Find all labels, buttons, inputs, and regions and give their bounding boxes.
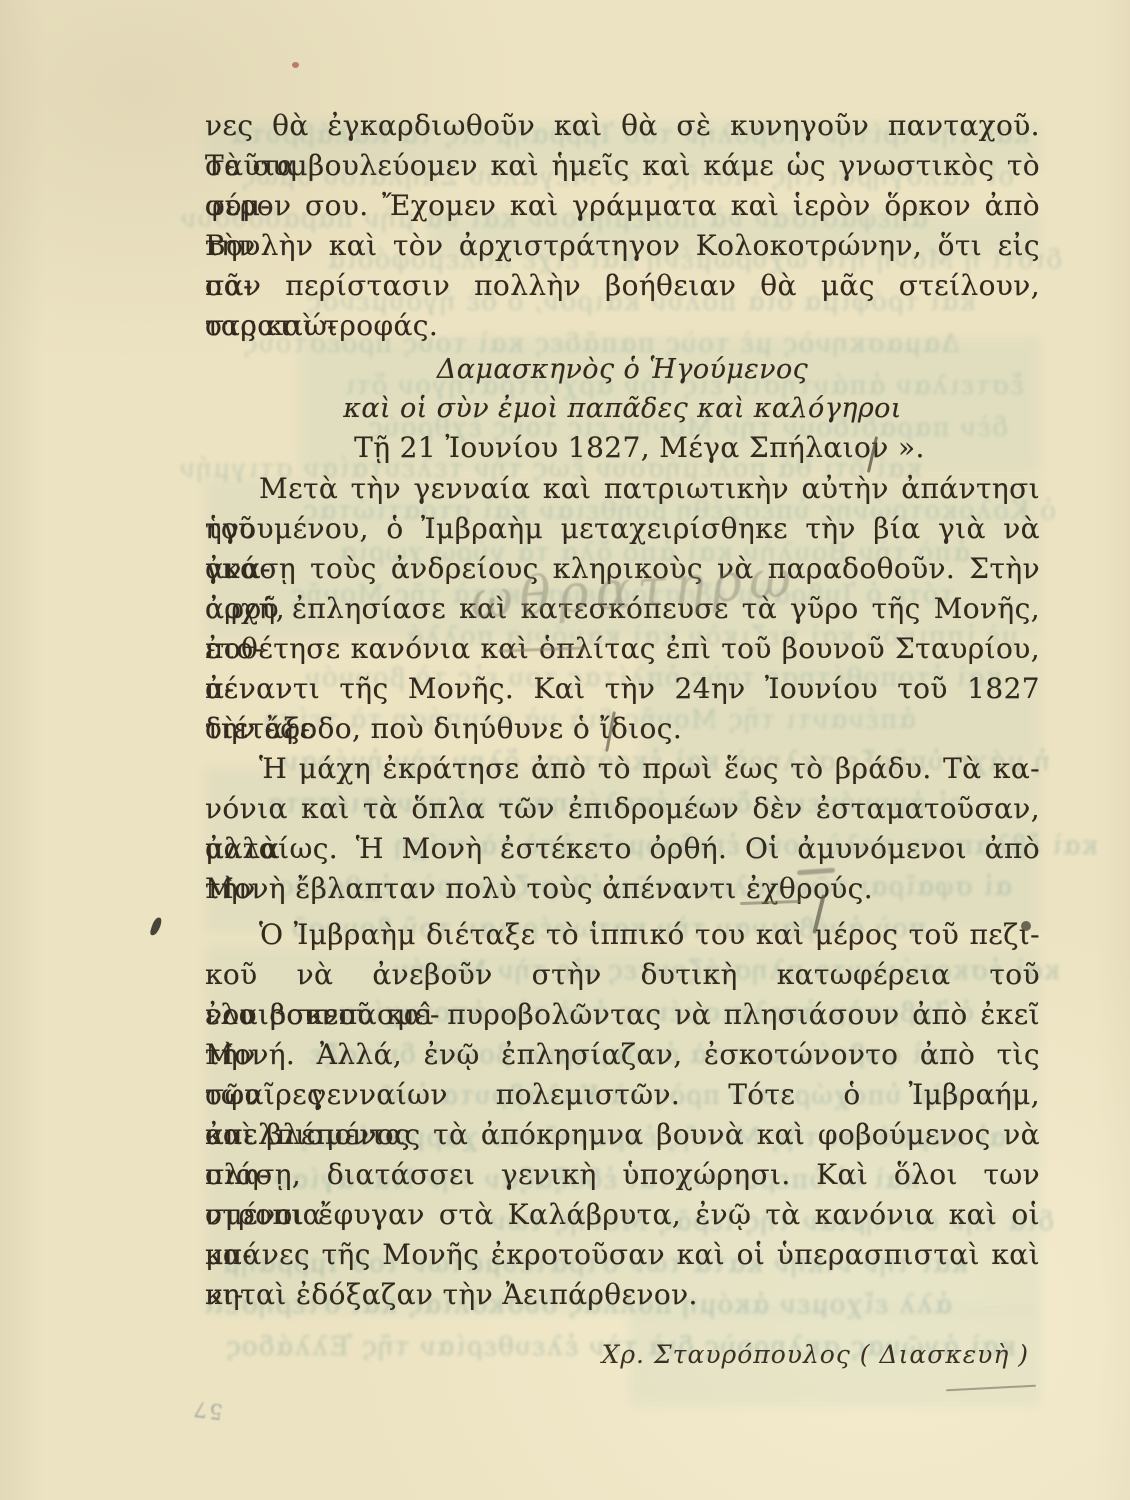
paragraph: Ὁ Ἰμβραὴμ διέταξε τὸ ἱππικό του καὶ μέρο… [205,915,1040,1315]
red-speck [292,62,299,68]
paragraph: Μετὰ τὴν γενναία καὶ πατριωτικὴν αὐτὴν ἀ… [205,469,1040,749]
text-line: Μετὰ τὴν γενναία καὶ πατριωτικὴν αὐτὴν ἀ… [205,469,1040,509]
text-line: νες θὰ ἐγκαρδιωθοῦν καὶ θὰ σὲ κυνηγοῦν π… [205,106,1040,146]
text-line: σαν περίστασιν πολλὴν βοήθειαν θὰ μᾶς στ… [205,266,1040,306]
text-line: ἀφοῦ ἐπλησίασε καὶ κατεσκόπευσε τὰ γῦρο … [205,589,1040,629]
attribution-line: καὶ οἱ σὺν ἐμοὶ παπᾶδες καὶ καλόγηροι [205,389,1040,428]
margin-ink-mark [149,916,162,937]
text-line: κοῦ νὰ ἀνεβοῦν στὴν δυτικὴ κατωφέρεια το… [205,955,1040,995]
text-line: φέρον σου. Ἔχομεν καὶ γράμματα καὶ ἱερὸν… [205,186,1040,226]
text-line: σμένοι ἔφυγαν στὰ Καλάβρυτα, ἐνῷ τὰ κανό… [205,1195,1040,1235]
text-line: Ὁ Ἰμβραὴμ διέταξε τὸ ἱππικό του καὶ μέρο… [205,915,1040,955]
text-line: πέναντι τῆς Μονῆς. Καὶ τὴν 24ην Ἰουνίου … [205,669,1040,709]
text-line: ἡγουμένου, ὁ Ἰμβραὴμ μεταχειρίσθηκε τὴν … [205,509,1040,549]
text-line: νόνια καὶ τὰ ὅπλα τῶν ἐπιδρομέων δὲν ἐστ… [205,789,1040,829]
attribution-line: Τῇ 21 Ἰουνίου 1827, Μέγα Σπήλαιον ». [205,428,1040,467]
text-line: μπάνες τῆς Μονῆς ἐκροτοῦσαν καὶ οἱ ὑπερα… [205,1235,1040,1275]
text-line: Βουλὴν καὶ τὸν ἀρχιστράτηγον Κολοκοτρώνη… [205,226,1040,266]
attribution-line: Δαμασκηνὸς ὁ Ἡγούμενος [205,350,1040,389]
text-line: καὶ βλέποντας τὰ ἀπόκρημνα βουνὰ καὶ φοβ… [205,1115,1040,1155]
signature-line: Χρ. Σταυρόπουλος ( Διασκευὴ ) [205,1340,1035,1369]
text-line: ποθέτησε κανόνια καὶ ὁπλίτας ἐπὶ τοῦ βου… [205,629,1040,669]
text-line: τας καὶ τροφάς. [205,306,1040,346]
text-line: τῶν γενναίων πολεμιστῶν. Τότε ὁ Ἰμβραήμ,… [205,1075,1040,1115]
text-line: σὲ συμβουλεύομεν καὶ ἡμεῖς καὶ κάμε ὡς γ… [205,146,1040,186]
text-line: ματαίως. Ἡ Μονὴ ἐστέκετο ὀρθή. Οἱ ἀμυνόμ… [205,829,1040,869]
paragraph: νες θὰ ἐγκαρδιωθοῦν καὶ θὰ σὲ κυνηγοῦν π… [205,106,1040,346]
paragraph: Ἡ μάχη ἐκράτησε ἀπὸ τὸ πρωὶ ἕως τὸ βράδυ… [205,749,1040,909]
text-line: Μονή. Ἀλλά, ἐνῷ ἐπλησίαζαν, ἐσκοτώνοντο … [205,1035,1040,1075]
pencil-signature-underline [946,1385,1036,1392]
text-line: κηταὶ ἐδόξαζαν τὴν Ἀειπάρθενον. [205,1275,1040,1315]
text-column: νες θὰ ἐγκαρδιωθοῦν καὶ θὰ σὲ κυνηγοῦν π… [205,106,1040,1315]
attribution-block: Δαμασκηνὸς ὁ Ἡγούμενοςκαὶ οἱ σὺν ἐμοὶ πα… [205,350,1040,467]
text-line: νου βουνοῦ καὶ πυροβολῶντας νὰ πλησιάσου… [205,995,1040,1035]
text-line: Μονὴ ἔβλαπταν πολὺ τοὺς ἀπέναντι ἐχθρούς… [205,869,1040,909]
text-line: γκάσῃ τοὺς ἀνδρείους κληρικοὺς νὰ παραδο… [205,549,1040,589]
text-line: σιάσῃ, διατάσσει γενικὴ ὑποχώρησι. Καὶ ὅ… [205,1155,1040,1195]
page-number-showthrough: 57 [191,1396,224,1424]
scanned-book-page: { "page": { "kind": "scanned Greek book … [0,0,1130,1500]
page-background: καὶ τὴν τρίτην εἰσβολὴν τοῦ Ἰμβραὴμ εἰς … [0,0,1130,1500]
text-line: Ἡ μάχη ἐκράτησε ἀπὸ τὸ πρωὶ ἕως τὸ βράδυ… [205,749,1040,789]
text-line: τὴν ἔφοδο, ποὺ διηύθυνε ὁ ἴδιος. [205,709,1040,749]
